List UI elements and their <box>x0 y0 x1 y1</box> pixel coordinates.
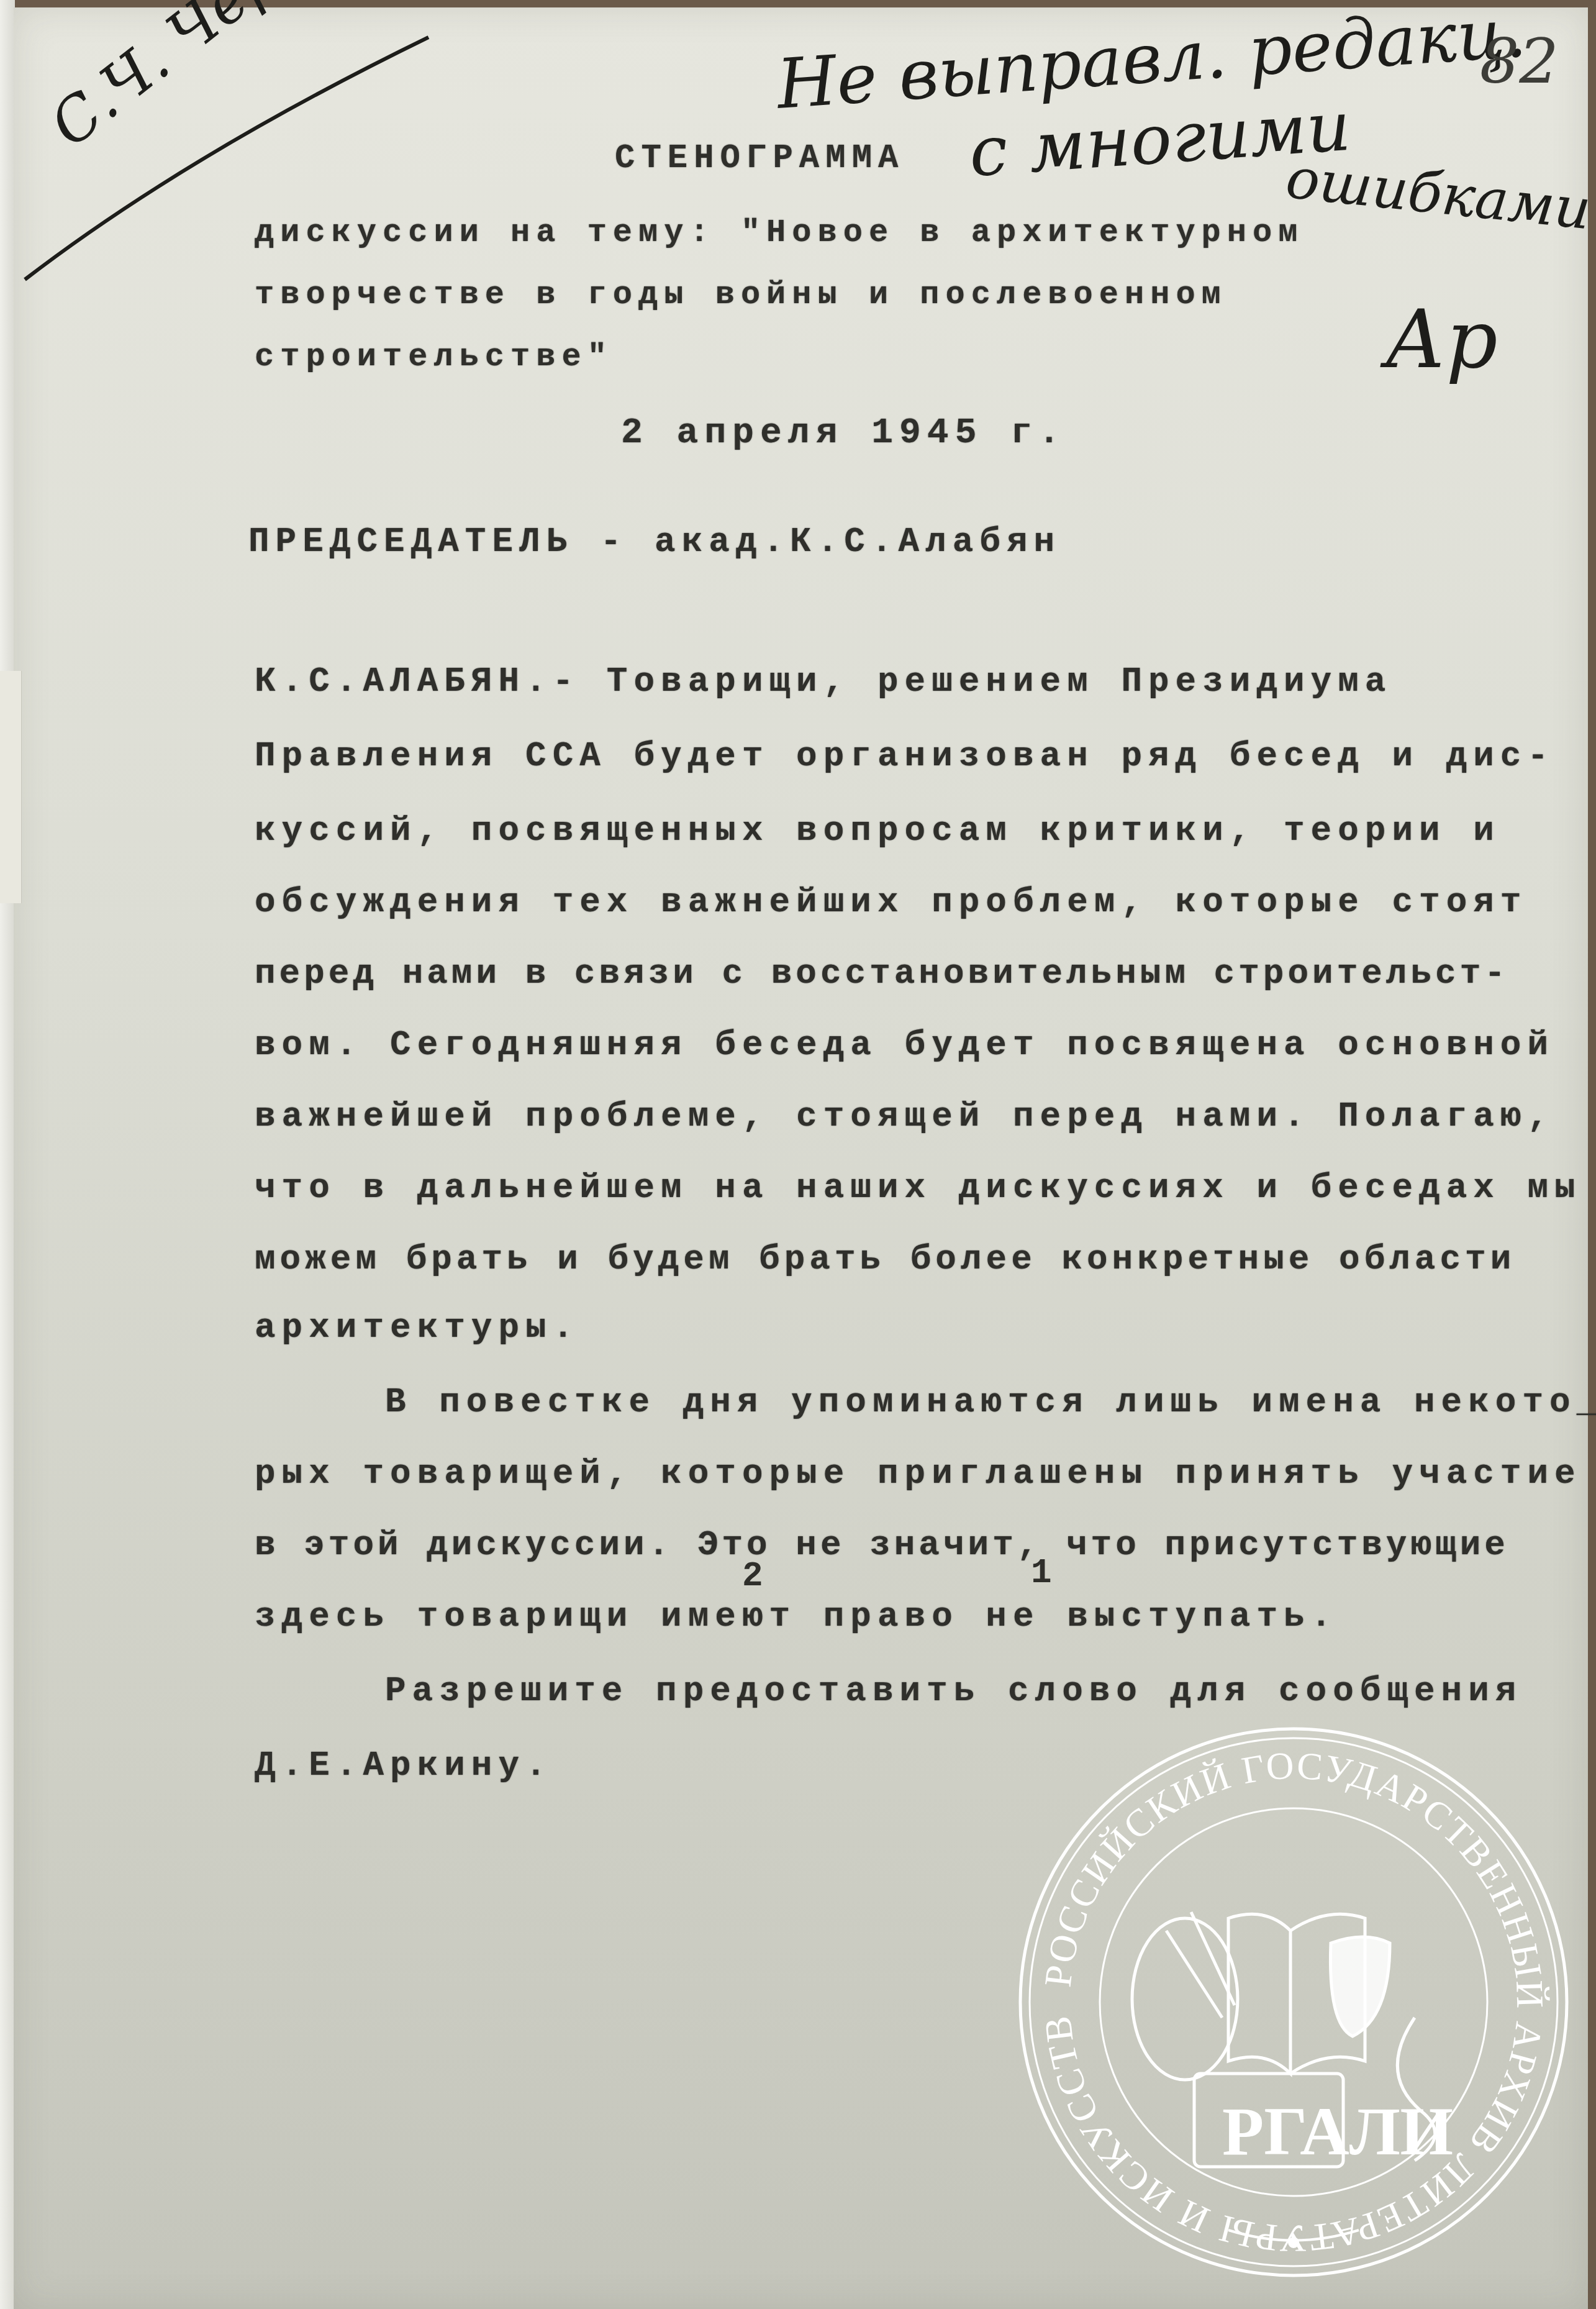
body-line: вом. Сегодняшняя беседа будет посвящена … <box>255 1025 1554 1065</box>
stamp-abbreviation: РГАЛИ <box>1222 2093 1453 2169</box>
page-number: 82 <box>1480 25 1559 98</box>
body-line: важнейшей проблеме, стоящей перед нами. … <box>255 1096 1554 1136</box>
body-line: В повестке дня упоминаются лишь имена не… <box>385 1382 1596 1422</box>
body-line: что в дальнейшем на наших дискуссиях и б… <box>255 1168 1582 1208</box>
chairman-line: ПРЕДСЕДАТЕЛЬ - акад.К.С.Алабян <box>248 522 1061 562</box>
document-subtitle-line2: творчестве в годы войны и послевоенном <box>255 276 1227 313</box>
document-subtitle-line1: дискуссии на тему: "Новое в архитектурно… <box>255 214 1304 251</box>
paper-tab <box>0 671 22 903</box>
document-date: 2 апреля 1945 г. <box>621 413 1066 453</box>
archive-stamp: РОССИЙСКИЙ ГОСУДАРСТВЕННЫЙ АРХИВ ЛИТЕРАТ… <box>1017 1726 1570 2279</box>
body-line: Правления ССА будет организован ряд бесе… <box>255 736 1554 776</box>
margin-mark: 2 <box>742 1556 763 1596</box>
margin-mark: 1 <box>1031 1553 1052 1593</box>
body-line: К.С.АЛАБЯН.- Товарищи, решением Президиу… <box>255 662 1392 701</box>
document-title: СТЕНОГРАММА <box>615 140 904 178</box>
body-line: обсуждения тех важнейших проблем, которы… <box>255 882 1527 922</box>
body-line: Д.Е.Аркину. <box>255 1746 553 1785</box>
body-line: здесь товарищи имеют право не выступать. <box>255 1596 1338 1636</box>
body-line: куссий, посвященных вопросам критики, те… <box>255 811 1500 850</box>
document-subtitle-line3: строительстве" <box>255 339 613 375</box>
body-line: перед нами в связи с восстановительным с… <box>255 954 1509 993</box>
body-line: Разрешите предоставить слово для сообщен… <box>385 1671 1522 1711</box>
handwritten-signature: Ар <box>1385 292 1498 386</box>
body-line: в этой дискуссии. Это не значит, что при… <box>255 1525 1509 1565</box>
body-line: архитектуры. <box>255 1308 579 1347</box>
body-line: можем брать и будем брать более конкретн… <box>255 1239 1515 1279</box>
binding-edge <box>0 0 15 2309</box>
handwritten-underline <box>0 0 497 311</box>
body-line: рых товарищей, которые приглашены принят… <box>255 1454 1582 1493</box>
